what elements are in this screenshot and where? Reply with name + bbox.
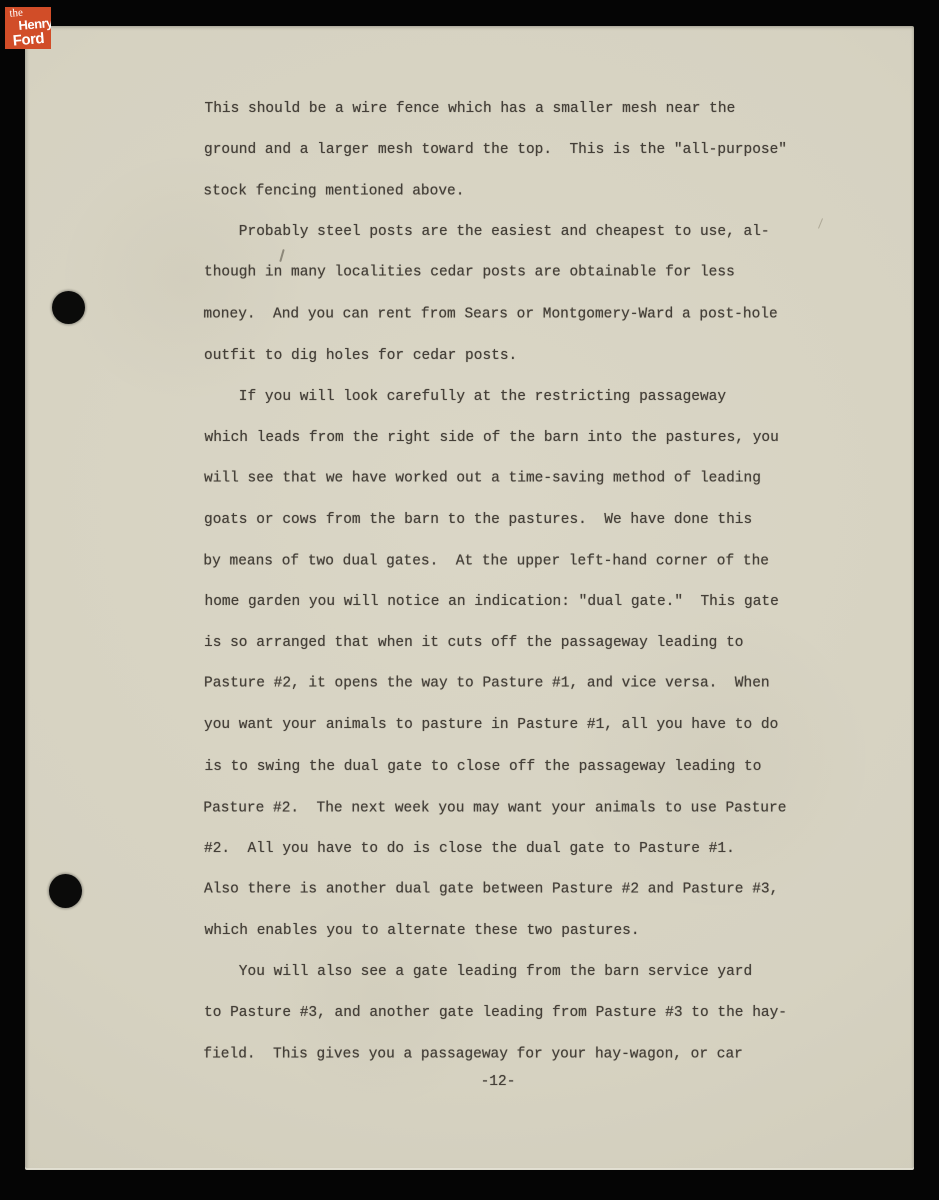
henry-ford-logo-text: the Henry Ford [7,7,51,49]
typed-line: You will also see a gate leading from th… [204,952,804,993]
typed-line: stock fencing mentioned above. [203,172,803,213]
typed-line: Pasture #2. The next week you may want y… [203,788,803,829]
typed-line: If you will look carefully at the restri… [204,377,804,418]
typed-line: is so arranged that when it cuts off the… [204,623,804,664]
typed-line: though in many localities cedar posts ar… [204,253,804,294]
typed-line: will see that we have worked out a time-… [204,458,804,499]
typed-line: is to swing the dual gate to close off t… [205,747,805,788]
typed-line: field. This gives you a passageway for y… [203,1035,803,1076]
typed-line: outfit to dig holes for cedar posts. [204,336,804,377]
typed-line: which enables you to alternate these two… [205,911,805,952]
typed-line: #2. All you have to do is close the dual… [204,829,804,870]
logo-word-ford: Ford [12,30,51,49]
typed-line: you want your animals to pasture in Past… [204,705,804,746]
scanned-document-page: the Henry Ford This should be a wire fen… [0,0,939,1200]
typed-line: This should be a wire fence which has a … [205,89,805,130]
typed-line: which leads from the right side of the b… [205,418,805,459]
typewritten-text-block: This should be a wire fence which has a … [204,89,804,1075]
typed-line: home garden you will notice an indicatio… [205,582,805,623]
henry-ford-logo: the Henry Ford [5,7,51,49]
typed-line: by means of two dual gates. At the upper… [203,541,803,582]
hole-punch-bottom [49,874,82,908]
hole-punch-top [52,291,85,324]
typed-line: to Pasture #3, and another gate leading … [204,993,804,1034]
typed-line: Also there is another dual gate between … [204,869,804,910]
typed-line: ground and a larger mesh toward the top.… [204,130,804,171]
typed-line: money. And you can rent from Sears or Mo… [203,295,803,336]
typed-line: Pasture #2, it opens the way to Pasture … [204,664,804,705]
page-number: -12- [204,1074,792,1090]
typed-line: Probably steel posts are the easiest and… [204,212,804,253]
typed-line: goats or cows from the barn to the pastu… [204,500,804,541]
